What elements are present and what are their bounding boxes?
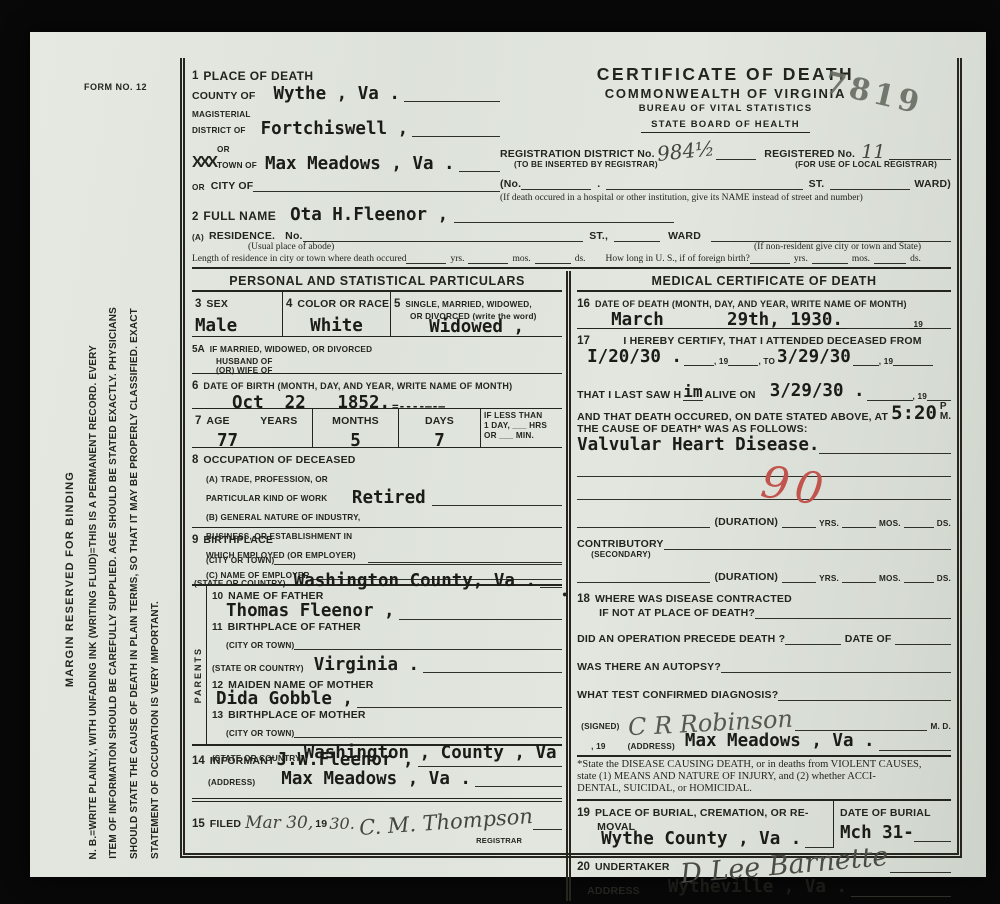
footnote-line-3: DENTAL, SUICIDAL, or HOMICIDAL. xyxy=(577,783,951,795)
attended-from-value: I/20/30 . xyxy=(587,349,682,367)
informant-label: INFORMANT xyxy=(210,755,275,767)
blank-line xyxy=(721,671,951,673)
board-line: STATE BOARD OF HEALTH xyxy=(641,119,810,133)
blank-line xyxy=(755,617,951,619)
undertaker-row: 20UNDERTAKER D Lee Barnette xyxy=(577,850,951,873)
autopsy-row: WAS THERE AN AUTOPSY? xyxy=(577,661,951,673)
undertaker-address-label: ADDRESS xyxy=(587,885,640,897)
item-number: 11 xyxy=(212,622,223,633)
item-number: 5 xyxy=(394,298,400,310)
months-label: MONTHS xyxy=(332,415,379,427)
blank-line xyxy=(664,548,951,550)
blank-line xyxy=(842,526,876,528)
residence-st-label: ST., xyxy=(589,230,608,242)
burial-place-value: Wythe County , Va . xyxy=(601,831,801,849)
blank-line xyxy=(927,399,951,401)
magisterial-label-1: MAGISTERIAL xyxy=(192,110,251,119)
signed-row: (SIGNED) C R Robinson M. D. xyxy=(577,709,951,731)
item-number: 9 xyxy=(192,534,198,546)
certificate-paper: MARGIN RESERVED FOR BINDING N. B.=WRITE … xyxy=(30,32,986,877)
mos-label: mos. xyxy=(512,254,530,264)
blank-line xyxy=(819,452,951,454)
medical-column: 90 MEDICAL CERTIFICATE OF DEATH 16DATE O… xyxy=(566,271,951,901)
duration1-ds: DS. xyxy=(937,519,951,528)
father-name-label: NAME OF FATHER xyxy=(228,590,323,602)
blank-line xyxy=(904,526,934,528)
bullet-marker: ● xyxy=(562,589,567,599)
footnote-line-2: state (1) MEANS AND NATURE OF INJURY, an… xyxy=(577,771,951,783)
mother-name-value: Dida Gobble , xyxy=(216,691,353,709)
nonresident-note: (If non-resident give city or town and S… xyxy=(754,242,921,252)
blank-line xyxy=(459,170,500,172)
item-number: 20 xyxy=(577,861,590,873)
binding-margin-text: MARGIN RESERVED FOR BINDING xyxy=(64,471,76,687)
blank-line xyxy=(606,188,802,190)
age-months-value: 5 xyxy=(316,433,395,451)
occupation-label: OCCUPATION OF DECEASED xyxy=(203,454,355,466)
blank-line xyxy=(716,158,756,160)
birthplace-label: BIRTHPLACE xyxy=(203,534,273,546)
test-row: WHAT TEST CONFIRMED DIAGNOSIS? xyxy=(577,689,951,701)
blank-line xyxy=(842,581,876,583)
blank-line xyxy=(914,840,951,842)
occupation-value: Retired xyxy=(352,490,426,508)
street-label: ST. xyxy=(809,178,825,190)
duration1-yrs: YRS. xyxy=(819,519,839,528)
if-less-than-label-3: OR ___ MIN. xyxy=(484,431,559,441)
nb-note-line-4: STATEMENT OF OCCUPATION IS VERY IMPORTAN… xyxy=(150,601,161,859)
death-occurred-row: AND THAT DEATH OCCURED, ON DATE STATED A… xyxy=(577,401,951,423)
blank-line xyxy=(728,364,758,366)
blank-line xyxy=(357,706,562,708)
death-time-value: 5:20 xyxy=(891,404,937,423)
certify-19-1: , 19 xyxy=(714,357,728,366)
certify-19-2: , 19 xyxy=(879,357,893,366)
if-less-than-label-2: 1 DAY, ___ HRS xyxy=(484,421,559,431)
item-number: 13 xyxy=(212,710,223,721)
blank-line xyxy=(879,749,951,751)
md-label: M. D. xyxy=(930,722,951,731)
item-number: 8 xyxy=(192,454,198,466)
form-columns: PERSONAL AND STATISTICAL PARTICULARS 3SE… xyxy=(192,271,951,901)
age-row: 7AGE YEARS 77 MONTHS 5 DAYS 7 xyxy=(192,409,562,448)
filed-19: 19 xyxy=(315,818,327,830)
town-label: TOWN OF xyxy=(217,161,257,170)
blank-line xyxy=(406,262,446,264)
blank-line xyxy=(778,699,951,701)
item-number: 1 xyxy=(192,70,198,82)
registration-district-note: (TO BE INSERTED BY REGISTRAR) xyxy=(514,160,658,169)
last-saw-row: THAT I LAST SAW H im ALIVE ON 3/29/30 . … xyxy=(577,375,951,401)
certify-block: 17 I HEREBY CERTIFY, THAT I ATTENDED DEC… xyxy=(577,329,951,375)
blank-line xyxy=(399,618,563,620)
undertaker-label: UNDERTAKER xyxy=(595,861,670,873)
date-of-death-block: 16DATE OF DEATH (MONTH, DAY, AND YEAR, W… xyxy=(577,292,951,329)
blank-line xyxy=(750,262,790,264)
dob-label: DATE OF BIRTH (MONTH, DAY, AND YEAR, WRI… xyxy=(203,381,512,391)
occurred-label: AND THAT DEATH OCCURED, ON DATE STATED A… xyxy=(577,411,888,423)
blank-line xyxy=(853,364,879,366)
duration1-mos: MOS. xyxy=(879,519,901,528)
blank-line xyxy=(577,581,710,583)
parents-vertical-label: PARENTS xyxy=(193,647,203,703)
informant-address-label: (ADDRESS) xyxy=(208,778,255,787)
blank-line xyxy=(812,262,848,264)
item-number: 2 xyxy=(192,211,198,223)
street-dot: . xyxy=(597,178,600,190)
county-value: Wythe , Va . xyxy=(273,86,399,104)
father-bp-state-label: (STATE OR COUNTRY) xyxy=(212,664,304,673)
duration2-mos: MOS. xyxy=(879,574,901,583)
operation-row: DID AN OPERATION PRECEDE DEATH ? DATE OF xyxy=(577,633,951,645)
blank-line xyxy=(412,135,500,137)
last-saw-him: im xyxy=(683,384,702,401)
item-number: 19 xyxy=(577,807,590,819)
residence-ward-label: WARD xyxy=(668,230,701,242)
registrar-label: REGISTRAR xyxy=(476,836,522,845)
signed-address-label: (ADDRESS) xyxy=(628,742,675,751)
blank-line xyxy=(782,526,816,528)
sex-label: SEX xyxy=(206,298,228,310)
contributory-block: CONTRIBUTORY (SECONDARY) (DURATION) YRS.… xyxy=(577,538,951,583)
certify-to-label: , TO xyxy=(758,357,775,366)
yrs-label: yrs. xyxy=(450,254,464,264)
disease-contracted-block: ● 18WHERE WAS DISEASE CONTRACTED IF NOT … xyxy=(577,589,951,619)
attended-to-value: 3/29/30 xyxy=(777,349,851,367)
cause-label: THE CAUSE OF DEATH* WAS AS FOLLOWS: xyxy=(577,423,951,435)
signed-19: , 19 xyxy=(591,742,605,751)
ward-label: WARD) xyxy=(914,178,951,190)
certificate-header-block: 7819 CERTIFICATE OF DEATH COMMONWEALTH O… xyxy=(500,62,951,203)
secondary-label: (SECONDARY) xyxy=(591,550,951,559)
parents-block: PARENTS 10NAME OF FATHER Thomas Fleenor … xyxy=(192,586,562,746)
informant-value: J.W.Fleenor , xyxy=(277,752,414,770)
item-number: 6 xyxy=(192,380,198,392)
occupation-block: 8OCCUPATION OF DECEASED (A) TRADE, PROFE… xyxy=(192,448,562,528)
blank-line xyxy=(577,526,710,528)
duration1-label: (DURATION) xyxy=(714,516,778,528)
mos-label: mos. xyxy=(852,254,870,264)
registration-district-label: REGISTRATION DISTRICT No. xyxy=(500,148,655,160)
date-of-burial-value: Mch 31- xyxy=(840,825,914,843)
blank-line xyxy=(847,327,910,329)
blank-line xyxy=(418,765,563,767)
if-less-than-label-1: IF LESS THAN xyxy=(484,411,559,421)
blank-line xyxy=(785,643,841,645)
marital-value: Widowed , xyxy=(394,319,559,337)
birthplace-state-value: Washington County, Va . xyxy=(294,573,536,591)
nb-note-line-2: ITEM OF INFORMATION SHOULD BE CAREFULLY … xyxy=(108,307,119,859)
blank-line xyxy=(432,504,562,506)
informant-address-value: Max Meadows , Va . xyxy=(281,771,471,789)
father-bp-city-label: (CITY OR TOWN) xyxy=(226,641,294,650)
contracted-label-1: WHERE WAS DISEASE CONTRACTED xyxy=(595,593,792,605)
item-number: 5A xyxy=(192,344,205,355)
birthplace-city-label: (CITY OR TOWN) xyxy=(206,556,274,565)
last-saw-pre: THAT I LAST SAW H xyxy=(577,389,681,401)
item-number: 10 xyxy=(212,591,223,602)
filed-block: 15FILED Mar 30, 19 30. C. M. Thompson RE… xyxy=(192,802,562,848)
burial-block: 19PLACE OF BURIAL, CREMATION, OR RE- MOV… xyxy=(577,801,951,849)
county-label: COUNTY OF xyxy=(192,90,255,102)
item-number: 16 xyxy=(577,298,590,310)
blank-line xyxy=(895,643,951,645)
last-saw-19: , 19 xyxy=(913,392,927,401)
personal-column: PERSONAL AND STATISTICAL PARTICULARS 3SE… xyxy=(192,271,566,901)
filed-year-script: 30. xyxy=(329,814,354,833)
duration2-label: (DURATION) xyxy=(714,571,778,583)
or-label-1: OR xyxy=(217,145,230,154)
city-label: CITY OF xyxy=(211,180,254,192)
dob-strike-dashes: =--‐-‒-– xyxy=(392,401,445,412)
blank-line xyxy=(535,262,571,264)
undertaker-address-value: Wytheville , Va . xyxy=(668,879,847,897)
burial-label-1: PLACE OF BURIAL, CREMATION, OR RE- xyxy=(595,807,809,819)
mother-birthplace-label: BIRTHPLACE OF MOTHER xyxy=(228,709,366,721)
item-number: 15 xyxy=(192,818,205,830)
married-to-block: 5AIF MARRIED, WIDOWED, OR DIVORCED HUSBA… xyxy=(192,337,562,374)
father-bp-state-value: Virginia . xyxy=(314,657,419,675)
dod-19: 19 xyxy=(913,320,923,329)
last-saw-value: 3/29/30 . xyxy=(770,383,865,401)
blank-line xyxy=(867,399,913,401)
red-handwritten-note: 90 xyxy=(758,456,832,516)
item-number: 17 xyxy=(577,335,590,347)
or-label-2: OR xyxy=(192,183,205,192)
strikeout-xxx: XXX xyxy=(192,154,215,172)
dod-label: DATE OF DEATH (MONTH, DAY, AND YEAR, WRI… xyxy=(595,299,907,309)
hospital-note: (If death occured in a hospital or other… xyxy=(500,193,951,203)
blank-line xyxy=(851,895,951,897)
last-saw-post: ALIVE ON xyxy=(705,389,756,401)
blank-line xyxy=(294,736,562,738)
blank-line xyxy=(475,785,562,787)
full-name-label: FULL NAME xyxy=(203,209,276,223)
item-number: 14 xyxy=(192,755,205,767)
blank-line xyxy=(303,240,584,242)
age-years-value: 77 xyxy=(217,433,309,451)
blank-line xyxy=(468,262,508,264)
blank-line xyxy=(684,364,714,366)
blank-line xyxy=(454,221,674,223)
town-value: Max Meadows , Va . xyxy=(265,156,455,174)
days-label: DAYS xyxy=(425,415,454,427)
years-label: YEARS xyxy=(260,415,297,427)
item-number: 4 xyxy=(286,298,292,310)
footnote-line-1: *State the DISEASE CAUSING DEATH, or in … xyxy=(577,759,951,771)
test-label: WHAT TEST CONFIRMED DIAGNOSIS? xyxy=(577,689,778,701)
mother-bp-city-label: (CITY OR TOWN) xyxy=(226,729,294,738)
color-race-label: COLOR OR RACE xyxy=(297,298,389,310)
signed-label: (SIGNED) xyxy=(581,722,619,731)
magisterial-label-2: DISTRICT OF xyxy=(192,126,246,135)
operation-label: DID AN OPERATION PRECEDE DEATH ? xyxy=(577,633,785,645)
full-name-value: Ota H.Fleenor , xyxy=(290,207,448,225)
sex-value: Male xyxy=(195,318,279,336)
date-of-birth-block: 6DATE OF BIRTH (MONTH, DAY, AND YEAR, WR… xyxy=(192,374,562,409)
residence-label: RESIDENCE. xyxy=(209,230,275,242)
medical-section-title: MEDICAL CERTIFICATE OF DEATH xyxy=(577,271,951,292)
cause-value: Valvular Heart Disease. xyxy=(577,437,819,455)
married-label-1: IF MARRIED, WIDOWED, OR DIVORCED xyxy=(210,345,372,354)
occupation-a-label-2: PARTICULAR KIND OF WORK xyxy=(206,494,327,503)
item-number: 18 xyxy=(577,593,590,605)
ds-label: ds. xyxy=(910,254,921,264)
father-name-value: Thomas Fleenor , xyxy=(226,603,395,621)
filed-label: FILED xyxy=(210,818,241,830)
contracted-label-2: IF NOT AT PLACE OF DEATH? xyxy=(599,607,755,619)
photo-background: MARGIN RESERVED FOR BINDING N. B.=WRITE … xyxy=(0,0,1000,904)
item-number: 7 xyxy=(195,415,201,427)
operation-date-label: DATE OF xyxy=(845,633,892,645)
certify-label: I HEREBY CERTIFY, THAT I ATTENDED DECEAS… xyxy=(623,335,921,347)
dod-value: March 29th, 1930. xyxy=(611,312,843,330)
color-race-value: White xyxy=(286,318,387,336)
form-number: FORM NO. 12 xyxy=(84,82,147,92)
form-header: 1 PLACE OF DEATH COUNTY OF Wythe , Va . … xyxy=(192,62,951,203)
blank-line xyxy=(404,100,500,102)
how-long-us-label: How long in U. S., if of foreign birth? xyxy=(606,254,750,264)
blank-line xyxy=(890,871,951,873)
autopsy-label: WAS THERE AN AUTOPSY? xyxy=(577,661,721,673)
blank-line xyxy=(893,364,933,366)
duration2-yrs: YRS. xyxy=(819,574,839,583)
marital-label-1: SINGLE, MARRIED, WIDOWED, xyxy=(405,300,531,309)
occupation-a-label-1: (A) TRADE, PROFESSION, OR xyxy=(206,475,328,484)
undertaker-address-row: ADDRESS Wytheville , Va . xyxy=(577,879,951,901)
blank-line xyxy=(830,188,910,190)
date-of-burial-label: DATE OF BURIAL xyxy=(840,807,931,819)
residence-a: (A) xyxy=(192,233,204,242)
blank-line xyxy=(294,648,562,650)
nb-note-line-1: N. B.=WRITE PLAINLY, WITH UNFADING INK (… xyxy=(88,345,99,859)
blank-line xyxy=(782,581,816,583)
father-birthplace-label: BIRTHPLACE OF FATHER xyxy=(228,621,361,633)
place-of-death-block: 1 PLACE OF DEATH COUNTY OF Wythe , Va . … xyxy=(192,62,500,203)
registered-no-label: REGISTERED No. xyxy=(764,148,855,160)
age-label: AGE xyxy=(206,415,229,427)
occupation-b-label-1: (B) GENERAL NATURE OF INDUSTRY, xyxy=(206,513,360,522)
age-days-value: 7 xyxy=(402,433,477,451)
dob-value: Oct 22 1852. xyxy=(232,395,390,413)
length-residence-label: Length of residence in city or town wher… xyxy=(192,254,406,264)
blank-line xyxy=(521,188,591,190)
blank-line xyxy=(533,828,562,830)
registered-no-value: 11 xyxy=(861,141,885,163)
pm-m: M. xyxy=(940,412,951,423)
yrs-label: yrs. xyxy=(794,254,808,264)
item-number: 3 xyxy=(195,298,201,310)
blank-line xyxy=(274,563,562,565)
district-value: Fortchiswell , xyxy=(261,121,409,139)
married-label-2: HUSBAND OF xyxy=(216,357,562,366)
blank-line xyxy=(927,327,951,329)
residence-no-label: No. xyxy=(285,230,303,242)
blank-line xyxy=(874,262,906,264)
personal-section-title: PERSONAL AND STATISTICAL PARTICULARS xyxy=(192,271,562,292)
contributory-label: CONTRIBUTORY xyxy=(577,538,663,550)
place-of-death-label: PLACE OF DEATH xyxy=(203,69,313,83)
street-no-label: (No. xyxy=(500,178,521,190)
filed-date-script: Mar 30, xyxy=(245,813,313,833)
abode-note: (Usual place of abode) xyxy=(248,242,334,252)
blank-line xyxy=(253,190,500,192)
nb-note-line-3: SHOULD STATE THE CAUSE OF DEATH IN PLAIN… xyxy=(129,308,140,859)
blank-line xyxy=(904,581,934,583)
certificate-form: 1 PLACE OF DEATH COUNTY OF Wythe , Va . … xyxy=(180,58,962,858)
blank-line xyxy=(614,240,660,242)
ds-label: ds. xyxy=(575,254,586,264)
sex-race-marital-row: 3SEX Male 4COLOR OR RACE White 5SINGLE, … xyxy=(192,292,562,337)
cause-footnote: *State the DISEASE CAUSING DEATH, or in … xyxy=(577,757,951,801)
signed-address-value: Max Meadows , Va . xyxy=(685,733,875,751)
duration2-ds: DS. xyxy=(937,574,951,583)
blank-line xyxy=(423,671,562,673)
